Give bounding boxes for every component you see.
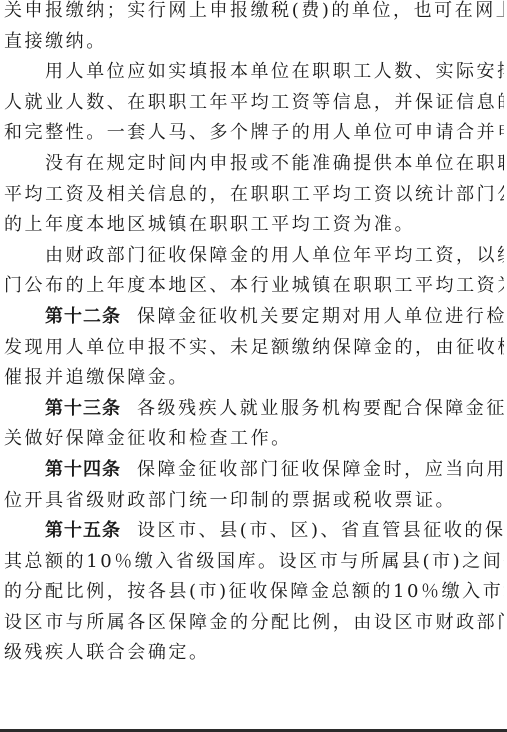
text-line: 平均工资及相关信息的，在职职工平均工资以统计部门公布 — [4, 184, 504, 215]
article-text: 保障金征收机关要定期对用人单位进行检查。 — [137, 306, 504, 327]
text-line: 的分配比例，按各县(市)征收保障金总额的10％缴入市级国库； — [4, 581, 504, 612]
article-14-line: 第十四条保障金征收部门征收保障金时，应当向用人单 — [4, 459, 504, 490]
text-line: 级残疾人联合会确定。 — [4, 642, 504, 673]
text-line: 位开具省级财政部门统一印制的票据或税收票证。 — [4, 490, 504, 521]
paragraph-start-line: 没有在规定时间内申报或不能准确提供本单位在职职工年 — [4, 153, 504, 184]
text-line: 的上年度本地区城镇在职职工平均工资为准。 — [4, 214, 504, 245]
article-text: 设区市、县(市、区)、省直管县征收的保障金按 — [137, 520, 504, 541]
article-text: 保障金征收部门征收保障金时，应当向用人单 — [137, 459, 504, 480]
article-heading: 第十三条 — [45, 398, 121, 419]
text-line: 直接缴纳。 — [4, 31, 504, 62]
text-line: 门公布的上年度本地区、本行业城镇在职职工平均工资为准。 — [4, 275, 504, 306]
text-line: 和完整性。一套人马、多个牌子的用人单位可申请合并申报。 — [4, 122, 504, 153]
text-line: 其总额的10％缴入省级国库。设区市与所属县(市)之间保障金 — [4, 551, 504, 582]
article-heading: 第十二条 — [45, 306, 121, 327]
paragraph-start-line: 由财政部门征收保障金的用人单位年平均工资，以统计部 — [4, 245, 504, 276]
article-13-line: 第十三条各级残疾人就业服务机构要配合保障金征收机 — [4, 398, 504, 429]
document-page: 关申报缴纳；实行网上申报缴税(费)的单位，也可在网上申报后 直接缴纳。 用人单位… — [4, 0, 504, 673]
paragraph-start-line: 用人单位应如实填报本单位在职职工人数、实际安排残疾 — [4, 61, 504, 92]
text-line: 关做好保障金征收和检查工作。 — [4, 428, 504, 459]
article-heading: 第十四条 — [45, 459, 121, 480]
text-line: 发现用人单位申报不实、未足额缴纳保障金的，由征收机关负责 — [4, 337, 504, 368]
text-line: 人就业人数、在职职工年平均工资等信息，并保证信息的真实性 — [4, 92, 504, 123]
text-line: 催报并追缴保障金。 — [4, 367, 504, 398]
article-text: 各级残疾人就业服务机构要配合保障金征收机 — [137, 398, 504, 419]
text-line: 关申报缴纳；实行网上申报缴税(费)的单位，也可在网上申报后 — [4, 0, 504, 31]
text-line: 设区市与所属各区保障金的分配比例，由设区市财政部门商本 — [4, 612, 504, 643]
article-12-line: 第十二条保障金征收机关要定期对用人单位进行检查。 — [4, 306, 504, 337]
article-15-line: 第十五条设区市、县(市、区)、省直管县征收的保障金按 — [4, 520, 504, 551]
article-heading: 第十五条 — [45, 520, 121, 541]
